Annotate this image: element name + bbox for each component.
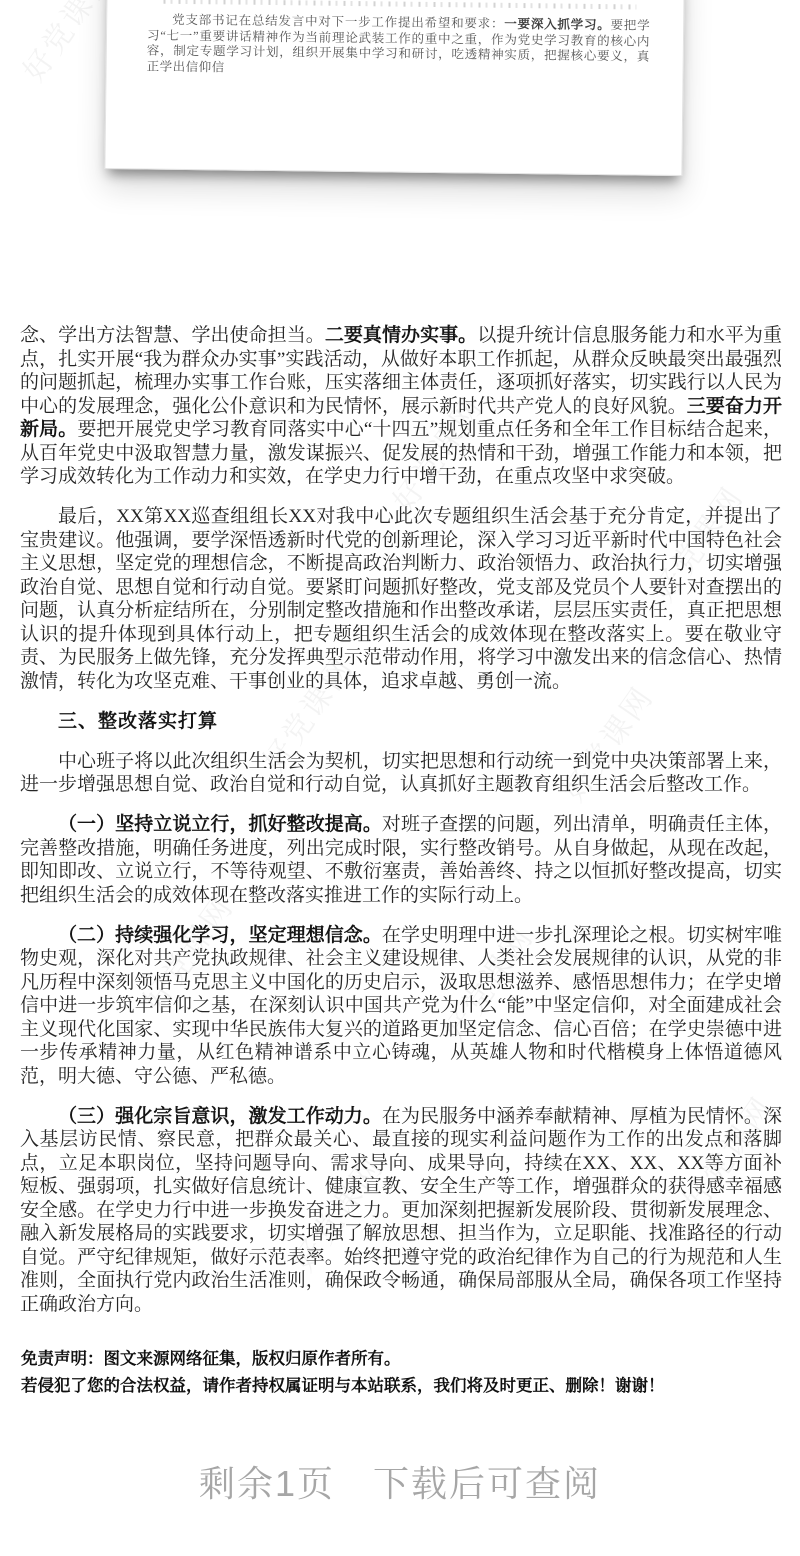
list-item-1: （一）坚持立说立行，抓好整改提高。对班子查摆的问题，列出清单，明确责任主体，完善… — [20, 813, 782, 907]
document-preview-page: 党支部书记在总结发言中对下一步工作提出希望和要求：一要深入抓学习。要把学习“七一… — [0, 0, 800, 1556]
item-lead-bold: （三）强化宗旨意识，激发工作动力。 — [58, 1106, 382, 1127]
doc-preview-paragraph: 党支部书记在总结发言中对下一步工作提出希望和要求：一要深入抓学习。要把学习“七一… — [147, 12, 651, 81]
list-item-2: （二）持续强化学习，坚定理想信念。在学史明理中进一步扎深理论之根。切实树牢唯物史… — [20, 924, 782, 1089]
text-segment: 最后，XX第XX巡查组组长XX对我中心此次专题组织生活会基于充分肯定，并提出了宝… — [20, 506, 782, 692]
text-segment: 中心班子将以此次组织生活会为契机，切实把思想和行动统一到党中央决策部署上来，进一… — [20, 751, 782, 796]
disclaimer: 免责声明：图文来源网络征集，版权归原作者所有。 若侵犯了您的合法权益，请作者持权… — [21, 1346, 665, 1399]
list-item-3: （三）强化宗旨意识，激发工作动力。在为民服务中涵养奉献精神、厚植为民情怀。深入基… — [20, 1105, 782, 1317]
paragraph-inspector-remarks: 最后，XX第XX巡查组组长XX对我中心此次专题组织生活会基于充分肯定，并提出了宝… — [20, 505, 782, 693]
paragraph-study-continuation: 念、学出方法智慧、学出使命担当。二要真情办实事。以提升统计信息服务能力和水平为重… — [20, 324, 782, 489]
doc-page-thumbnail[interactable]: 党支部书记在总结发言中对下一步工作提出希望和要求：一要深入抓学习。要把学习“七一… — [104, 0, 685, 176]
remaining-pages-note: 剩余1页下载后可查阅 — [0, 1456, 800, 1507]
item-lead-bold: （一）坚持立说立行，抓好整改提高。 — [58, 814, 382, 835]
text-segment: 在学史明理中进一步扎深理论之根。切实树牢唯物史观，深化对共产党执政规律、社会主义… — [20, 925, 782, 1087]
section-heading: 三、整改落实打算 — [20, 710, 782, 734]
doc-page-content: 党支部书记在总结发言中对下一步工作提出希望和要求：一要深入抓学习。要把学习“七一… — [107, 0, 684, 81]
preview-bold-segment: 一要深入抓学习。 — [504, 17, 610, 32]
download-hint: 下载后可查阅 — [373, 1463, 601, 1504]
text-segment: 念、学出方法智慧、学出使命担当。 — [20, 325, 325, 346]
item-lead-bold: （二）持续强化学习，坚定理想信念。 — [58, 925, 382, 946]
paragraph-rectification-intro: 中心班子将以此次组织生活会为契机，切实把思想和行动统一到党中央决策部署上来，进一… — [20, 750, 782, 797]
disclaimer-line-1: 免责声明：图文来源网络征集，版权归原作者所有。 — [21, 1346, 665, 1373]
disclaimer-line-2: 若侵犯了您的合法权益，请作者持权属证明与本站联系，我们将及时更正、删除！谢谢！ — [21, 1373, 665, 1400]
clipped-text-line — [163, 0, 636, 9]
remaining-pages-count: 剩余1页 — [199, 1463, 335, 1504]
text-segment: 要把开展党史学习教育同落实中心“十四五”规划重点任务和全年工作目标结合起来，从百… — [20, 419, 782, 487]
section-heading-text: 三、整改落实打算 — [58, 711, 218, 732]
text-segment: 在为民服务中涵养奉献精神、厚植为民情怀。深入基层访民情、察民意，把群众最关心、最… — [20, 1106, 782, 1315]
bold-segment: 二要真情办实事。 — [325, 325, 477, 346]
document-body: 念、学出方法智慧、学出使命担当。二要真情办实事。以提升统计信息服务能力和水平为重… — [20, 324, 782, 1333]
